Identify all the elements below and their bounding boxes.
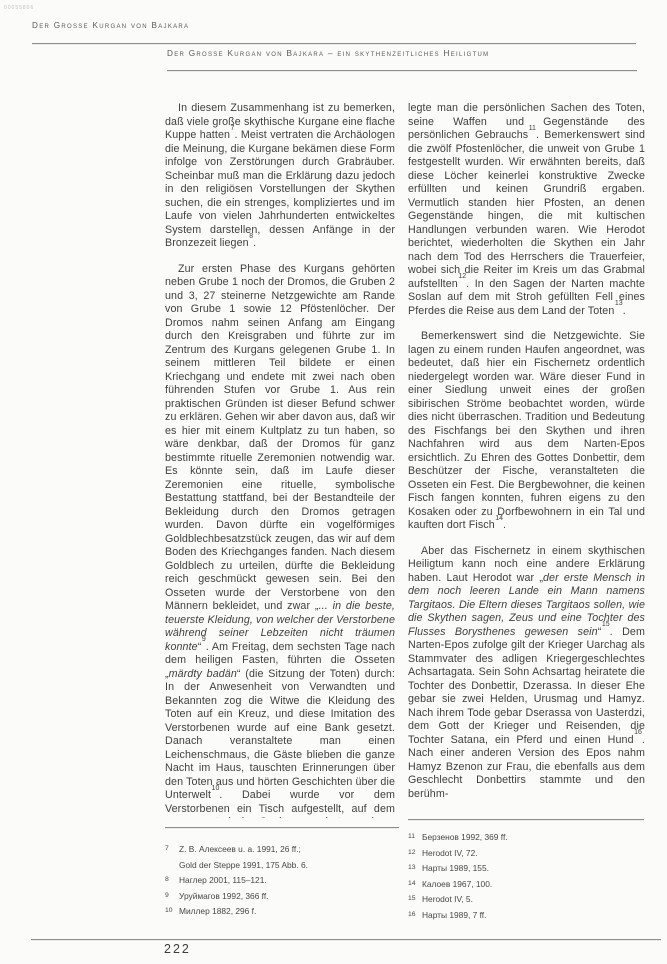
- footnote-number: 15: [408, 891, 422, 907]
- scanned-page: 00055806 Der Grosse Kurgan von Bajkara D…: [0, 0, 667, 964]
- footnote-text: Берзенов 1992, 369 ff.: [422, 830, 648, 846]
- text-column-left: In diesem Zusammenhang ist zu bemerken, …: [165, 102, 395, 818]
- chapter-header-rule: [167, 70, 637, 71]
- footnote-row: 13Нарты 1989, 155.: [408, 861, 648, 877]
- footnote-number: 7: [165, 841, 179, 872]
- paragraph: Bemerkenswert sind die Netzgewichte. Sie…: [408, 330, 645, 533]
- running-header-rule: [32, 43, 636, 44]
- footnote-ref: 9: [202, 636, 206, 643]
- paragraph: legte man die persönlichen Sachen des To…: [408, 102, 645, 318]
- footnote-text: Herodot IV, 72.: [422, 846, 648, 862]
- running-header: Der Grosse Kurgan von Bajkara: [32, 21, 189, 30]
- footnote-number: 13: [408, 860, 422, 876]
- footnote-number: 16: [408, 907, 422, 923]
- footnote-row: 8Наглер 2001, 115–121.: [165, 873, 405, 889]
- text-run: “ (die Sitzung der Toten) durch: In der …: [165, 668, 395, 802]
- footnote-ref: 11: [529, 125, 536, 132]
- footnote-row: 10Миллер 1882, 296 f.: [165, 904, 405, 920]
- footnote-ref: 8: [249, 233, 253, 240]
- text-run: . Bemerkenswert sind die zwölf Pfostenlö…: [408, 129, 645, 290]
- footnote-ref: 13: [615, 300, 623, 307]
- footnote-ref: 12: [458, 273, 466, 280]
- text-run: “: [198, 641, 202, 653]
- footnote-number: 10: [165, 903, 179, 919]
- page-number: 222: [164, 942, 191, 956]
- footnote-text: Herodot IV, 5.: [422, 892, 648, 908]
- paragraph: In diesem Zusammenhang ist zu bemerken, …: [165, 102, 395, 251]
- footnote-list-right: 11Берзенов 1992, 369 ff.12Herodot IV, 72…: [408, 830, 648, 923]
- footnote-row: 9Уруймагов 1992, 366 ff.: [165, 889, 405, 905]
- text-run: .: [623, 305, 626, 317]
- footnote-ref: 15: [602, 621, 610, 628]
- text-run: . Dem Narten-Epos zufolge gilt der Krieg…: [408, 626, 645, 746]
- footnote-text: Z. B. Алексеев u. a. 1991, 26 ff.;Gold d…: [179, 842, 405, 873]
- footnote-text: Калоев 1967, 100.: [422, 877, 648, 893]
- text-run: .: [253, 237, 256, 249]
- paragraph: Aber das Fischernetz in einem skythische…: [408, 545, 645, 802]
- footnote-text: Нарты 1989, 155.: [422, 861, 648, 877]
- text-column-right: legte man die persönlichen Sachen des To…: [408, 102, 645, 810]
- footnote-separator-left: [165, 827, 399, 828]
- footnote-row: 15Herodot IV, 5.: [408, 892, 648, 908]
- footnote-text: Уруймагов 1992, 366 ff.: [179, 889, 405, 905]
- text-run: Zur ersten Phase des Kurgans gehörten ne…: [165, 263, 395, 613]
- footnote-ref: 16: [634, 729, 642, 736]
- footnote-list-left: 7Z. B. Алексеев u. a. 1991, 26 ff.;Gold …: [165, 842, 405, 920]
- chapter-header: Der Grosse Kurgan von Bajkara – ein skyt…: [167, 49, 489, 58]
- footnote-number: 12: [408, 845, 422, 861]
- footnote-separator-right: [408, 819, 644, 820]
- footnote-text: Нарты 1989, 7 ff.: [422, 908, 648, 924]
- footnote-number: 9: [165, 888, 179, 904]
- footnote-text: Наглер 2001, 115–121.: [179, 873, 405, 889]
- footnote-ref: 10: [212, 785, 220, 792]
- footnote-number: 8: [165, 872, 179, 888]
- footnote-text: Миллер 1882, 296 f.: [179, 904, 405, 920]
- footnote-ref: 7: [231, 125, 235, 132]
- scan-mark: 00055806: [4, 5, 34, 11]
- text-run: . Meist vertraten die Archäologen die Me…: [165, 129, 395, 249]
- footnote-row: 11Берзенов 1992, 369 ff.: [408, 830, 648, 846]
- paragraph: Zur ersten Phase des Kurgans gehörten ne…: [165, 263, 395, 819]
- footnote-ref: 14: [495, 515, 503, 522]
- footnote-row: 14Калоев 1967, 100.: [408, 877, 648, 893]
- quoted-italic-text: märdty badän: [169, 668, 237, 680]
- bottom-rule: [31, 939, 661, 940]
- footnote-row: 16Нарты 1989, 7 ff.: [408, 908, 648, 924]
- footnote-number: 14: [408, 876, 422, 892]
- footnote-number: 11: [408, 829, 422, 845]
- text-run: Bemerkenswert sind die Netzgewichte. Sie…: [408, 330, 645, 531]
- text-run: .: [503, 519, 506, 531]
- footnote-row: 12Herodot IV, 72.: [408, 846, 648, 862]
- footnote-row: 7Z. B. Алексеев u. a. 1991, 26 ff.;Gold …: [165, 842, 405, 873]
- text-run: “: [598, 626, 602, 638]
